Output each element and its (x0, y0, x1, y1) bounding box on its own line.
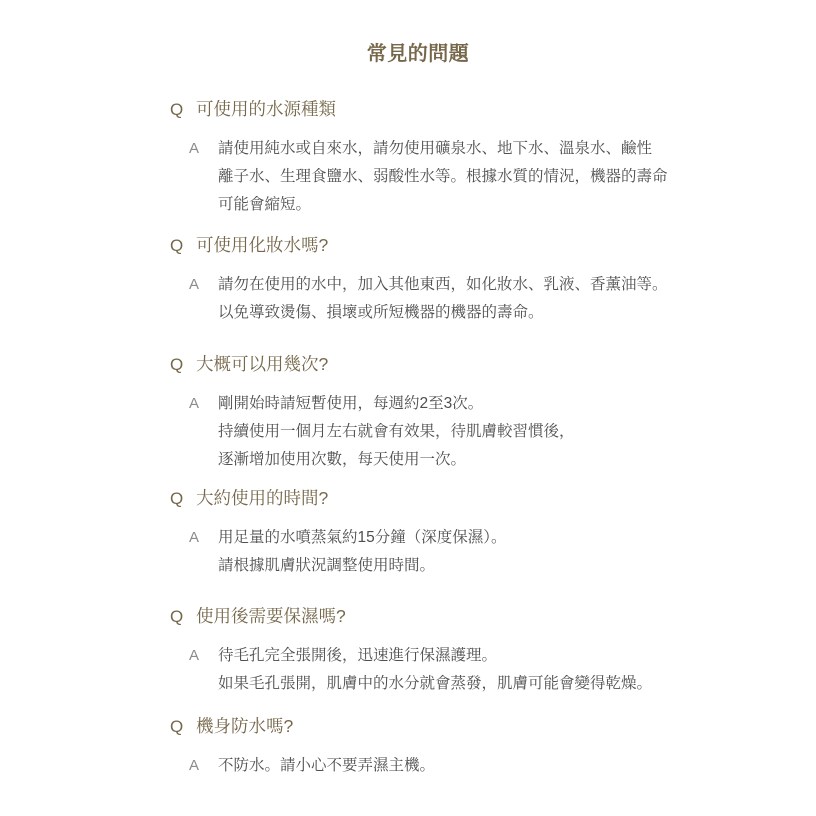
question-marker: Q (170, 353, 196, 377)
question-row: Q 使用後需要保濕嗎? (170, 604, 756, 629)
answer-line: 逐漸增加使用次數，每天使用一次。 (218, 446, 575, 474)
question-text: 使用後需要保濕嗎? (196, 604, 346, 628)
answer-marker: A (189, 752, 218, 780)
answer-text: 請勿在使用的水中，加入其他東西，如化妝水、乳液、香薰油等。 以免導致燙傷、損壞或… (218, 271, 668, 327)
answer-line: 離子水、生理食鹽水、弱酸性水等。根據水質的情況，機器的壽命 (218, 163, 668, 191)
answer-line: 可能會縮短。 (218, 191, 668, 219)
answer-text: 待毛孔完全張開後，迅速進行保濕護理。 如果毛孔張開，肌膚中的水分就會蒸發，肌膚可… (218, 642, 652, 698)
answer-line: 剛開始時請短暫使用，每週約2至3次。 (218, 390, 575, 418)
question-text: 機身防水嗎? (196, 714, 293, 738)
page-title: 常見的問題 (170, 37, 666, 66)
faq-item: Q 使用後需要保濕嗎? A 待毛孔完全張開後，迅速進行保濕護理。 如果毛孔張開，… (170, 604, 756, 698)
answer-line: 請勿在使用的水中，加入其他東西，如化妝水、乳液、香薰油等。 (218, 271, 668, 299)
question-row: Q 可使用化妝水嗎? (170, 233, 756, 258)
answer-line: 待毛孔完全張開後，迅速進行保濕護理。 (218, 642, 652, 670)
answer-text: 請使用純水或自來水，請勿使用礦泉水、地下水、溫泉水、鹼性 離子水、生理食鹽水、弱… (218, 135, 668, 219)
question-marker: Q (170, 98, 196, 122)
answer-marker: A (189, 135, 218, 219)
answer-marker: A (189, 390, 218, 474)
faq-item: Q 可使用化妝水嗎? A 請勿在使用的水中，加入其他東西，如化妝水、乳液、香薰油… (170, 233, 756, 327)
question-row: Q 大概可以用幾次? (170, 352, 756, 377)
question-row: Q 機身防水嗎? (170, 714, 756, 739)
question-text: 可使用化妝水嗎? (196, 233, 328, 257)
answer-row: A 剛開始時請短暫使用，每週約2至3次。 持續使用一個月左右就會有效果，待肌膚較… (170, 390, 756, 474)
faq-item: Q 大約使用的時間? A 用足量的水噴蒸氣約15分鐘（深度保濕）。 請根據肌膚狀… (170, 486, 756, 580)
answer-row: A 請勿在使用的水中，加入其他東西，如化妝水、乳液、香薰油等。 以免導致燙傷、損… (170, 271, 756, 327)
answer-text: 剛開始時請短暫使用，每週約2至3次。 持續使用一個月左右就會有效果，待肌膚較習慣… (218, 390, 575, 474)
answer-row: A 用足量的水噴蒸氣約15分鐘（深度保濕）。 請根據肌膚狀況調整使用時間。 (170, 524, 756, 580)
question-marker: Q (170, 487, 196, 511)
faq-item: Q 大概可以用幾次? A 剛開始時請短暫使用，每週約2至3次。 持續使用一個月左… (170, 352, 756, 474)
question-row: Q 可使用的水源種類 (170, 97, 756, 122)
answer-row: A 不防水。請小心不要弄濕主機。 (170, 752, 756, 780)
question-marker: Q (170, 605, 196, 629)
answer-line: 用足量的水噴蒸氣約15分鐘（深度保濕）。 (218, 524, 507, 552)
answer-text: 不防水。請小心不要弄濕主機。 (218, 752, 435, 780)
answer-text: 用足量的水噴蒸氣約15分鐘（深度保濕）。 請根據肌膚狀況調整使用時間。 (218, 524, 507, 580)
question-row: Q 大約使用的時間? (170, 486, 756, 511)
answer-line: 如果毛孔張開，肌膚中的水分就會蒸發，肌膚可能會變得乾燥。 (218, 670, 652, 698)
question-marker: Q (170, 234, 196, 258)
question-marker: Q (170, 715, 196, 739)
answer-row: A 待毛孔完全張開後，迅速進行保濕護理。 如果毛孔張開，肌膚中的水分就會蒸發，肌… (170, 642, 756, 698)
faq-item: Q 可使用的水源種類 A 請使用純水或自來水，請勿使用礦泉水、地下水、溫泉水、鹼… (170, 97, 756, 219)
faq-item: Q 機身防水嗎? A 不防水。請小心不要弄濕主機。 (170, 714, 756, 780)
question-text: 可使用的水源種類 (196, 97, 336, 121)
answer-line: 以免導致燙傷、損壞或所短機器的機器的壽命。 (218, 299, 668, 327)
answer-row: A 請使用純水或自來水，請勿使用礦泉水、地下水、溫泉水、鹼性 離子水、生理食鹽水… (170, 135, 756, 219)
answer-marker: A (189, 271, 218, 327)
answer-marker: A (189, 642, 218, 698)
answer-line: 持續使用一個月左右就會有效果，待肌膚較習慣後， (218, 418, 575, 446)
faq-page: 常見的問題 Q 可使用的水源種類 A 請使用純水或自來水，請勿使用礦泉水、地下水… (0, 0, 816, 816)
answer-line: 請使用純水或自來水，請勿使用礦泉水、地下水、溫泉水、鹼性 (218, 135, 668, 163)
question-text: 大概可以用幾次? (196, 352, 328, 376)
answer-line: 請根據肌膚狀況調整使用時間。 (218, 552, 507, 580)
answer-marker: A (189, 524, 218, 580)
question-text: 大約使用的時間? (196, 486, 328, 510)
answer-line: 不防水。請小心不要弄濕主機。 (218, 752, 435, 780)
